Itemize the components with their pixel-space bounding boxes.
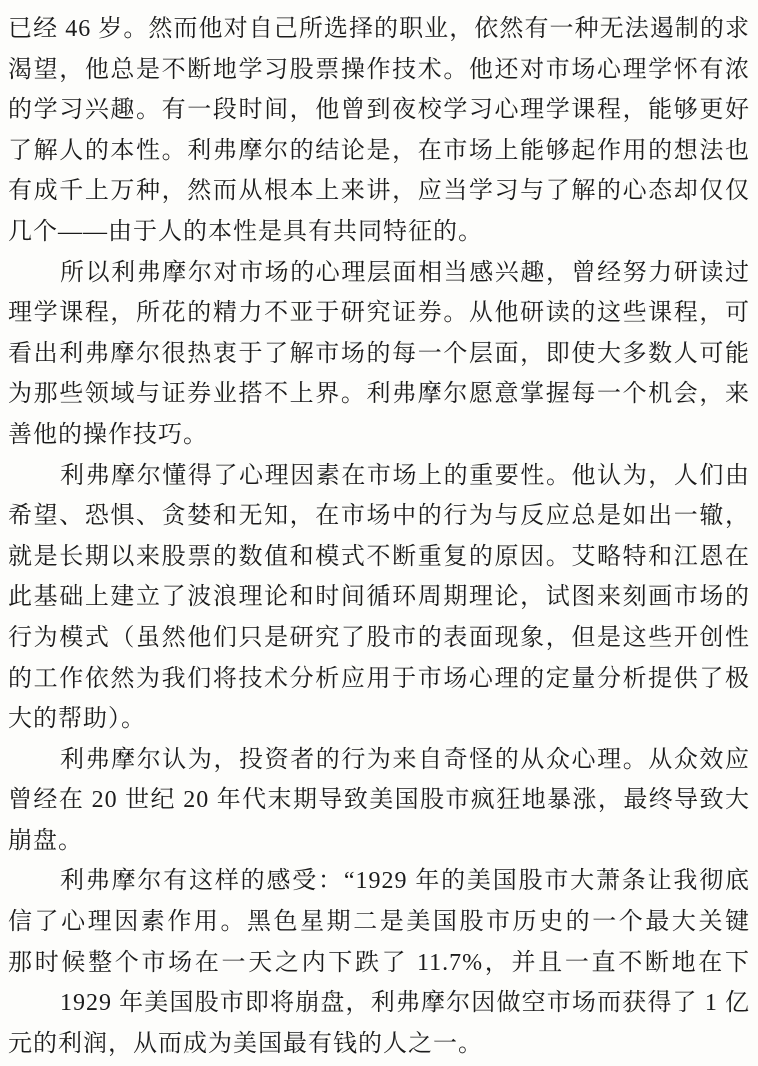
text-line: 为那些领域与证券业搭不上界。利弗摩尔愿意掌握每一个机会，来改	[8, 374, 750, 415]
text-line: 信了心理因素作用。黑色星期二是美国股市历史的一个最大关键点。	[8, 902, 750, 943]
scan-speck	[186, 1051, 189, 1053]
text-line: 看出利弗摩尔很热衷于了解市场的每一个层面，即使大多数人可能认	[8, 334, 750, 375]
text-line: 曾经在 20 世纪 20 年代末期导致美国股市疯狂地暴涨，最终导致大	[8, 780, 750, 821]
text-line: 元的利润，从而成为美国最有钱的人之一。	[8, 1024, 750, 1065]
text-line: 大的帮助）。	[8, 699, 750, 740]
text-line: 就是长期以来股票的数值和模式不断重复的原因。艾略特和江恩在	[8, 537, 750, 578]
text-line: 了解人的本性。利弗摩尔的结论是，在市场上能够起作用的想法也许	[8, 131, 750, 172]
text-line: 的工作依然为我们将技术分析应用于市场心理的定量分析提供了极	[8, 659, 750, 700]
text-line: 利弗摩尔认为，投资者的行为来自奇怪的从众心理。从众效应	[8, 740, 750, 781]
text-line: 的学习兴趣。有一段时间，他曾到夜校学习心理学课程，能够更好地	[8, 90, 750, 131]
text-line: 已经 46 岁。然而他对自己所选择的职业，依然有一种无法遏制的求知	[8, 9, 750, 50]
text-line: 有成千上万种，然而从根本上来讲，应当学习与了解的心态却仅仅有	[8, 171, 750, 212]
page-background: { "document": { "kind": "scanned-book-pa…	[0, 0, 758, 1066]
text-line: 此基础上建立了波浪理论和时间循环周期理论，试图来刻画市场的	[8, 577, 750, 618]
text-line: 行为模式（虽然他们只是研究了股市的表面现象，但是这些开创性	[8, 618, 750, 659]
text-line: 理学课程，所花的精力不亚于研究证券。从他研读的这些课程，可以	[8, 293, 750, 334]
text-line: 几个——由于人的本性是具有共同特征的。	[8, 212, 750, 253]
scan-speck	[168, 1049, 172, 1052]
book-page: 已经 46 岁。然而他对自己所选择的职业，依然有一种无法遏制的求知渴望，他总是不…	[0, 0, 758, 1066]
text-line: 渴望，他总是不断地学习股票操作技术。他还对市场心理学怀有浓厚	[8, 50, 750, 91]
text-line: 崩盘。	[8, 821, 750, 862]
text-line: 利弗摩尔懂得了心理因素在市场上的重要性。他认为，人们由于	[8, 456, 750, 497]
text-line: 利弗摩尔有这样的感受：“1929 年的美国股市大萧条让我彻底相	[8, 861, 750, 902]
text-line: 希望、恐惧、贪婪和无知，在市场中的行为与反应总是如出一辙，这	[8, 496, 750, 537]
body-text: 已经 46 岁。然而他对自己所选择的职业，依然有一种无法遏制的求知渴望，他总是不…	[8, 9, 750, 1064]
text-line: 善他的操作技巧。	[8, 415, 750, 456]
text-line: 所以利弗摩尔对市场的心理层面相当感兴趣，曾经努力研读过心	[8, 253, 750, 294]
text-line: 1929 年美国股市即将崩盘，利弗摩尔因做空市场而获得了 1 亿美	[8, 983, 750, 1024]
text-line: 那时候整个市场在一天之内下跌了 11.7%，并且一直不断地在下跌。”	[8, 943, 750, 984]
